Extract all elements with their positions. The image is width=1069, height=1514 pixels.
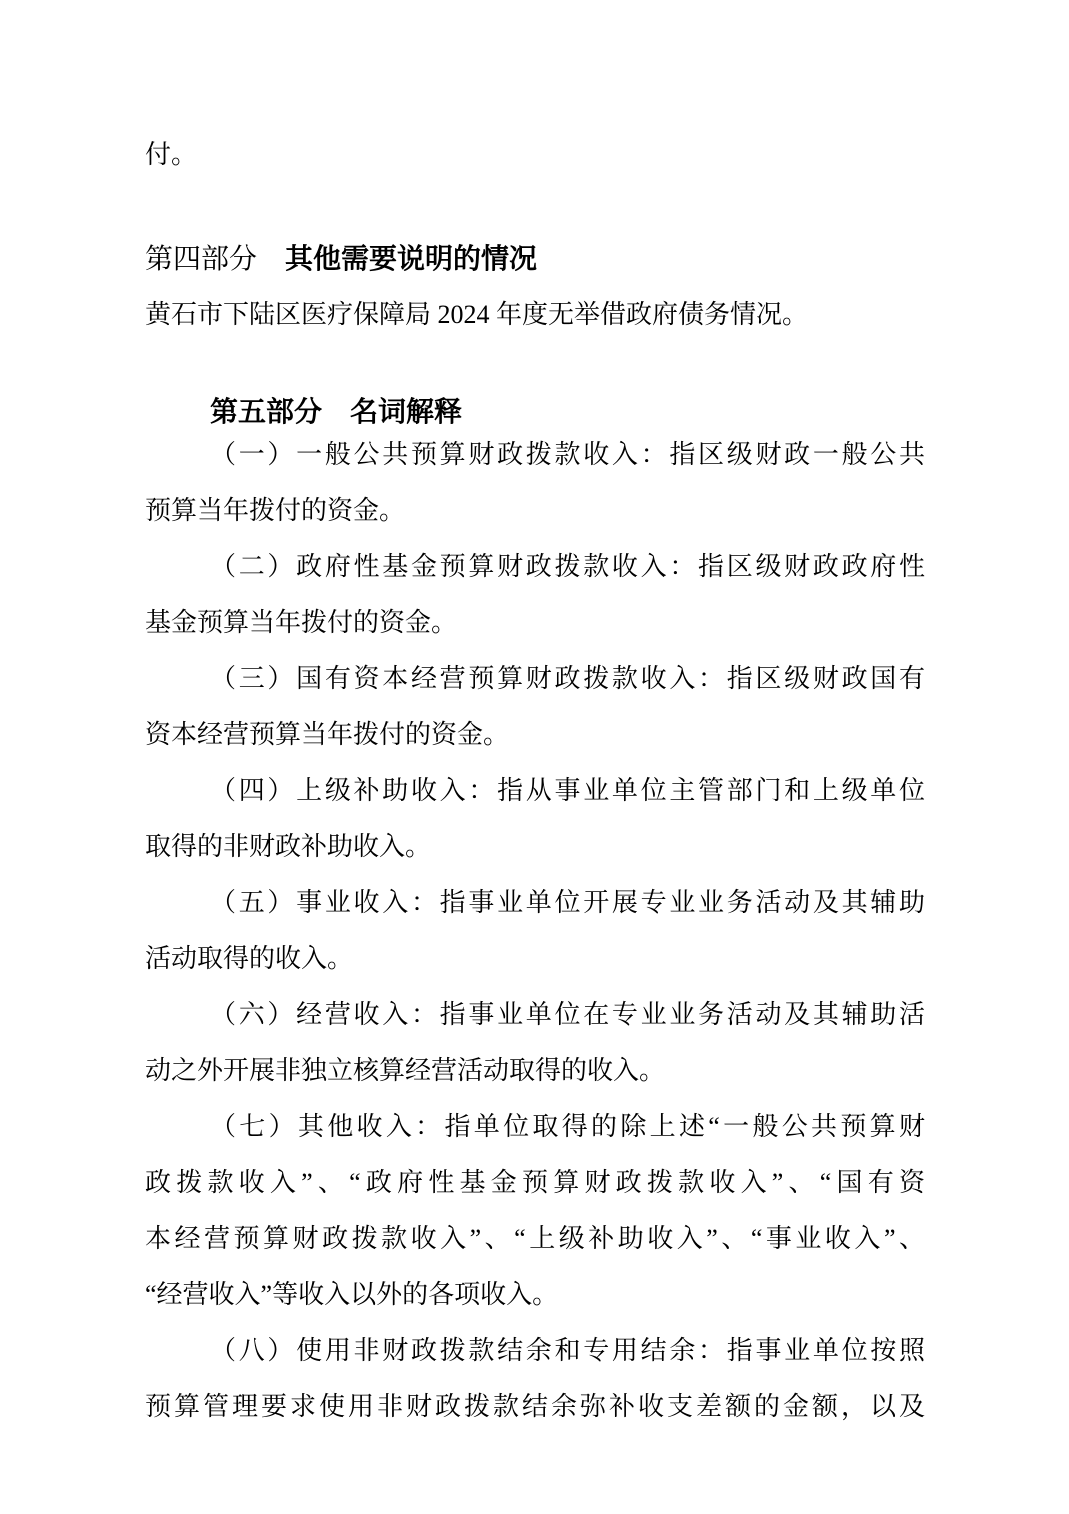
term-line: 政拨款收入”、“政府性基金预算财政拨款收入”、“国有资 xyxy=(145,1155,925,1211)
part4-label: 第四部分 xyxy=(145,244,257,275)
part5-label: 第五部分 xyxy=(210,396,322,427)
term-line: （七）其他收入：指单位取得的除上述“一般公共预算财 xyxy=(145,1099,925,1155)
part5-heading: 第五部分名词解释 xyxy=(145,397,925,427)
term-line: 资本经营预算当年拨付的资金。 xyxy=(145,707,925,763)
term-line: 基金预算当年拨付的资金。 xyxy=(145,595,925,651)
paragraph-fragment: 付。 xyxy=(145,127,925,183)
term-line: （一）一般公共预算财政拨款收入：指区级财政一般公共 xyxy=(145,427,925,483)
term-line: （二）政府性基金预算财政拨款收入：指区级财政政府性 xyxy=(145,539,925,595)
blank-line xyxy=(145,183,925,231)
term-line: （三）国有资本经营预算财政拨款收入：指区级财政国有 xyxy=(145,651,925,707)
part5-title: 名词解释 xyxy=(350,396,462,427)
part4-title: 其他需要说明的情况 xyxy=(285,243,537,274)
term-line: 取得的非财政补助收入。 xyxy=(145,819,925,875)
term-line: 本经营预算财政拨款收入”、“上级补助收入”、“事业收入”、 xyxy=(145,1211,925,1267)
term-line: （四）上级补助收入：指从事业单位主管部门和上级单位 xyxy=(145,763,925,819)
part4-heading: 第四部分其他需要说明的情况 xyxy=(145,231,925,287)
term-line: 动之外开展非独立核算经营活动取得的收入。 xyxy=(145,1043,925,1099)
term-line: 预算当年拨付的资金。 xyxy=(145,483,925,539)
term-line: （八）使用非财政拨款结余和专用结余：指事业单位按照 xyxy=(145,1323,925,1379)
term-line: 活动取得的收入。 xyxy=(145,931,925,987)
blank-line xyxy=(145,343,925,397)
document-page: 付。 第四部分其他需要说明的情况 黄石市下陆区医疗保障局 2024 年度无举借政… xyxy=(0,0,1069,1514)
term-line: 预算管理要求使用非财政拨款结余弥补收支差额的金额，以及 xyxy=(145,1379,925,1435)
term-line: （五）事业收入：指事业单位开展专业业务活动及其辅助 xyxy=(145,875,925,931)
term-line: （六）经营收入：指事业单位在专业业务活动及其辅助活 xyxy=(145,987,925,1043)
term-line: “经营收入”等收入以外的各项收入。 xyxy=(145,1267,925,1323)
part4-body: 黄石市下陆区医疗保障局 2024 年度无举借政府债务情况。 xyxy=(145,287,925,343)
